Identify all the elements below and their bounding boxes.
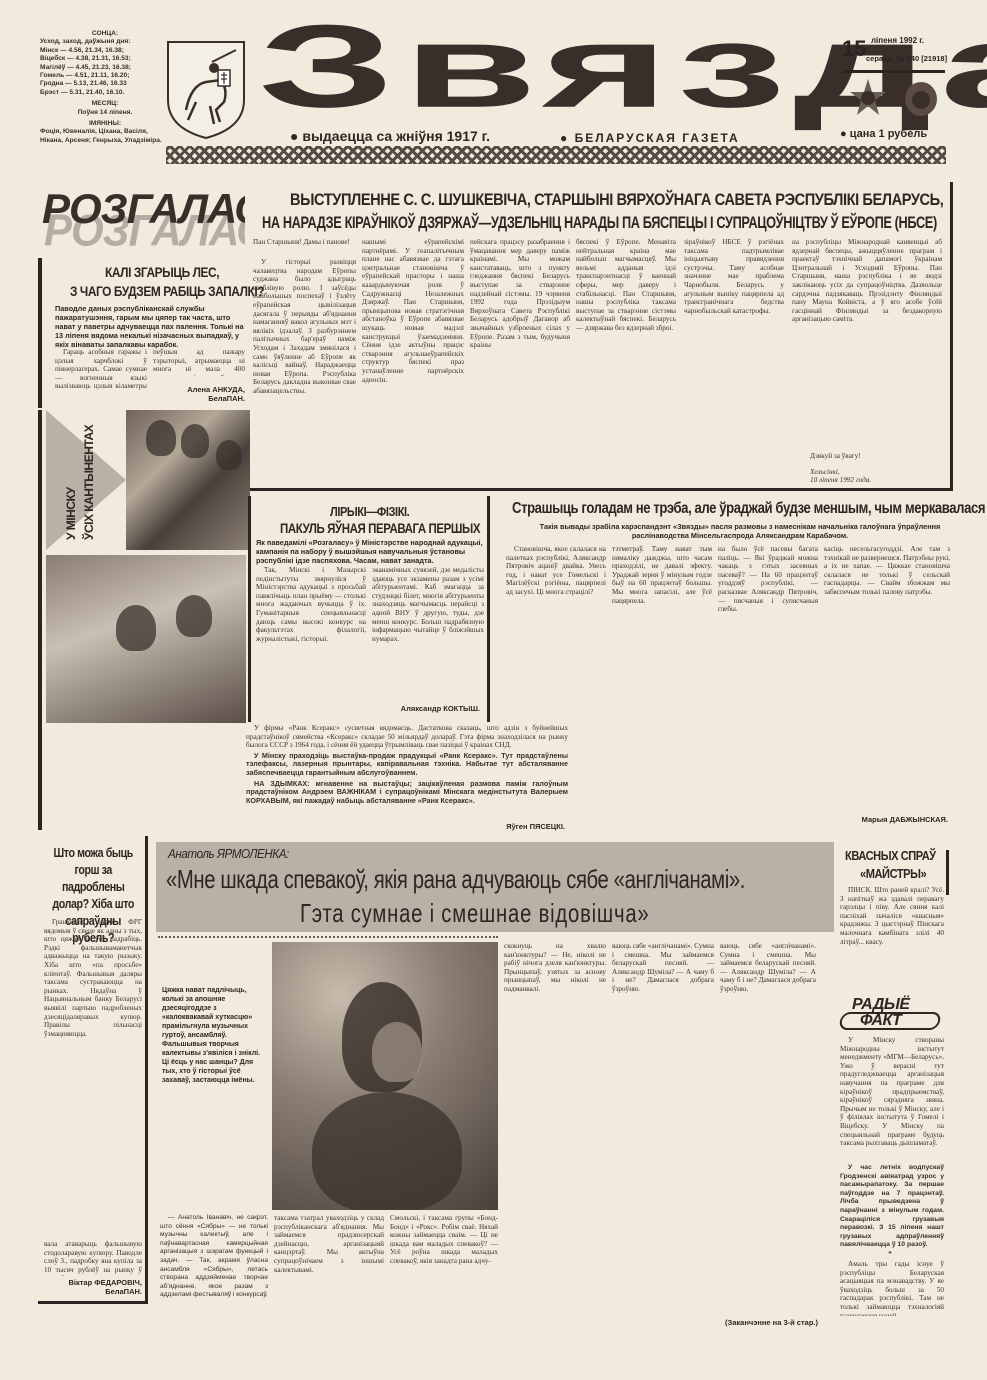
rozgalas-lede: Паводле даных рэспубліканскай службы паж… — [55, 304, 250, 349]
masthead-price: ● цана 1 рубель — [840, 128, 927, 140]
dollar-body-end: вала атаварыць фальшывую стодоларавую ку… — [44, 1240, 142, 1276]
rozgalas-rule — [38, 258, 42, 408]
radio-facts-divider: * — [880, 1250, 900, 1259]
harvest-col-2: тэтметраў. Таму нават тым нямаліку даждж… — [612, 545, 712, 825]
bullet-icon: ● — [840, 128, 847, 140]
kvas-banner — [816, 842, 834, 932]
almanac: СОНЦА: Усход, заход, даўжыня дня: Мінск … — [40, 30, 170, 145]
masthead-issue: серада, № 140 [21918] — [866, 54, 947, 63]
wavy-divider — [158, 936, 498, 940]
masthead-subtitle: ● БЕЛАРУСКАЯ ГАЗЕТА — [560, 131, 740, 145]
interview-intro: Цяжка нават падлічыць, колькі за апошняе… — [162, 986, 267, 1206]
lyrics-lede: Як паведамілі «Розгаласу» ў Міністэрстве… — [256, 538, 484, 565]
interview-col-4: скокнуць на хвалю кан'юнктуры? — Не, нік… — [504, 942, 606, 1324]
expo-rule — [38, 410, 42, 830]
lyrics-headline-1: ЛІРЫКІ—ФІЗІКІ. — [330, 504, 409, 519]
harvest-lede: Такія вывады зрабіла карэспандэнт «Звязд… — [530, 522, 950, 540]
interview-col-1: — Анатоль Іванавіч, не сакрэт, што сёння… — [160, 1214, 268, 1304]
speech-rule-bottom — [250, 488, 953, 491]
rozgalas-logo: РОЗГАЛАС РОЗГАЛАС — [40, 185, 245, 255]
interview-col-5: ваюць сябе «англічанамі». Сумна і смешна… — [612, 942, 714, 1324]
speech-closing: Дзякуй за ўвагу! — [810, 452, 940, 461]
speech-headline-1: ВЫСТУПЛЕННЕ С. С. ШУШКЕВІЧА, СТАРШЫНІ ВЯ… — [290, 190, 943, 210]
interview-headline-2: Гэта сумнае і смешнае відовішча» — [300, 898, 649, 929]
interview-headline-1: «Мне шкада спевакоў, якія рана адчуваюць… — [166, 864, 745, 895]
speech-greeting: Пан Старшыня! Дамы і панове! — [253, 238, 353, 247]
almanac-moon-title: МЕСЯЦ: — [40, 100, 170, 108]
dollar-body: Грашовыя знакі ФРГ вядомыя ў свеце як ад… — [44, 918, 142, 1236]
rozgalas-headline-2: З ЧАГО БУДЗЕМ РАБІЦЬ ЗАПАЛКІ? — [70, 283, 264, 299]
masthead-founded: ● выдаецца са жніўня 1917 г. — [290, 128, 490, 144]
interview-continued: (Заканчэнне на 3-й стар.) — [700, 1318, 818, 1327]
speech-col-1: У гісторыі развіцця чалавецтва народам Е… — [253, 258, 356, 488]
interview-photo — [272, 942, 498, 1210]
speech-col-5: зіраўнікоў НБСЕ ў рэгіёнах таксама падтр… — [684, 238, 784, 488]
lyrics-col-1: Так, Мінскі і Мазырскі педінстытуты звяр… — [256, 566, 366, 711]
expo-banner: У МІНСКУ ЎСІХ КАНТЫНЕНТАХ — [46, 410, 126, 550]
interview-col-3-text: Смольскі, і таксама групы «Бонд-Бонд» і … — [390, 1214, 498, 1324]
kvas-headline-1: КВАСНЫХ СПРАЎ — [845, 848, 936, 863]
harvest-col-3: на было ўсё пасевы багата паліць. — Які … — [718, 545, 818, 825]
radio-facts-item-2: У час летніх водпускаў Гродзенскі авіяат… — [840, 1164, 944, 1250]
rozgalas-byline: Алена АНКУДА, БелаПАН. — [150, 385, 245, 403]
lyrics-byline: Аляксандр КОКТЫШ. — [380, 704, 480, 713]
radio-facts-logo: РАДЫЁ ФАКТ — [836, 996, 944, 1032]
speech-col-6: на рэспубліцы Міжнароднай канвенцыі аб я… — [792, 238, 942, 406]
rozgalas-headline-1: КАЛІ ЗГАРЫЦЬ ЛЕС, — [105, 264, 219, 280]
kvas-rule — [946, 850, 949, 895]
harvest-headline: Страшыць голадам не трэба, але ўраджай б… — [512, 500, 985, 518]
speech-col-3: пейскага працэсу разабраення і ўмацаванн… — [470, 238, 570, 488]
radio-facts-item-3: Амаль тры гады існуе ў рэспубліцы Белару… — [840, 1260, 944, 1316]
expo-photo-1 — [126, 410, 250, 550]
order-of-red-banner-icon — [902, 78, 940, 118]
speech-date: 10 ліпеня 1992 года. — [810, 476, 940, 485]
rozgalas-body-1: Гараць асобныя гаражы і цэлыя харчблокі … — [55, 348, 147, 390]
speech-headline-2: НА НАРАДЗЕ КІРАЎНІКОЎ ДЗЯРЖАЎ—УДЗЕЛЬНІЦ … — [262, 213, 937, 233]
speech-col-2: нашымі еўрапейскімі партнёрамі. У геапал… — [362, 238, 464, 488]
lyrics-headline-2: ПАКУЛЬ ЯЎНАЯ ПЕРАВАГА ПЕРШЫХ — [280, 520, 480, 536]
harvest-col-4: касіць несельгасугоддзі. Але там з тэхні… — [824, 545, 950, 805]
bullet-icon: ● — [560, 131, 569, 145]
speech-rule-right — [950, 182, 953, 488]
radio-facts-item-1: У Мінску створаны Міжнародны інстытут ме… — [840, 1036, 944, 1158]
interview-col-6: ваюць сябе «англічанамі». Сумна і смешна… — [720, 942, 816, 1282]
speech-col-4: бяспекі ў Еўропе. Менавіта нейтральная к… — [576, 238, 676, 488]
interview-col-2: таксама тэатрал уваходзіць у склад рэспу… — [274, 1214, 384, 1304]
ornament-border — [166, 146, 946, 164]
interview-author: Анатоль ЯРМОЛЕНКА: — [168, 846, 289, 861]
order-of-patriotic-war-icon — [848, 78, 888, 118]
rozgalas-body-2: пеўшыя ад пажару тэрыторыі, атрымаецца н… — [153, 348, 245, 376]
masthead-divider — [843, 70, 945, 73]
kvas-body: ПІНСК. Што раней кралі? Усё. З напіткаў … — [840, 886, 944, 996]
harvest-col-1: Становішча, якое склалася на палетках рэ… — [506, 545, 606, 825]
expo-photo-2 — [46, 555, 246, 723]
bullet-icon: ● — [290, 128, 298, 144]
pahonia-coat-of-arms-icon — [166, 40, 246, 140]
lyrics-col-2: эканамічных сувязей, дзе медалісты здаюц… — [372, 566, 484, 694]
harvest-byline: Марыя ДАБЖЫНСКАЯ. — [830, 815, 948, 824]
kvas-headline-2: «МАЙСТРЫ» — [860, 866, 926, 881]
dollar-byline: Віктар ФЕДАРОВІЧ, БелаПАН. — [44, 1278, 142, 1296]
